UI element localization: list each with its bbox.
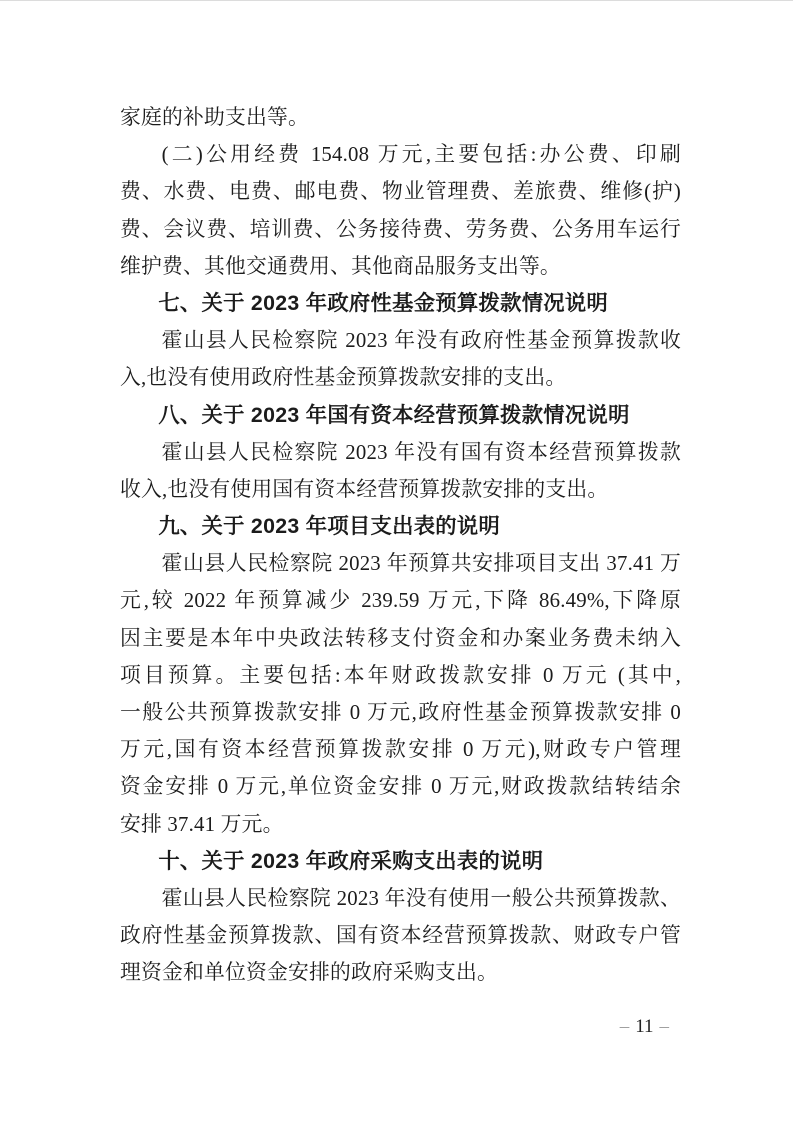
- text-line: 霍山县人民检察院 2023 年没有国有资本经营预算拨款: [120, 434, 681, 471]
- text-line: 霍山县人民检察院 2023 年没有使用一般公共预算拨款、: [120, 880, 681, 917]
- document-page: 家庭的补助支出等。 (二)公用经费 154.08 万元,主要包括:办公费、印刷 …: [0, 0, 793, 1122]
- page-number: 11: [635, 1016, 653, 1037]
- text-line: 入,也没有使用政府性基金预算拨款安排的支出。: [120, 359, 681, 396]
- text-line: 理资金和单位资金安排的政府采购支出。: [120, 954, 681, 991]
- text-line: 收入,也没有使用国有资本经营预算拨款安排的支出。: [120, 471, 681, 508]
- paragraph-govt-procurement: 霍山县人民检察院 2023 年没有使用一般公共预算拨款、 政府性基金预算拨款、国…: [120, 880, 681, 992]
- text-line: 家庭的补助支出等。: [120, 99, 681, 136]
- section-heading: 九、关于 2023 年项目支出表的说明: [120, 508, 681, 545]
- paragraph-continuation: 家庭的补助支出等。: [120, 99, 681, 136]
- text-line: 项目预算。主要包括:本年财政拨款安排 0 万元 (其中,: [120, 657, 681, 694]
- text-line: 一般公共预算拨款安排 0 万元,政府性基金预算拨款安排 0: [120, 694, 681, 731]
- paragraph-project-expenditure: 霍山县人民检察院 2023 年预算共安排项目支出 37.41 万 元,较 202…: [120, 545, 681, 843]
- paragraph-state-capital-budget: 霍山县人民检察院 2023 年没有国有资本经营预算拨款 收入,也没有使用国有资本…: [120, 434, 681, 508]
- top-hairline: [0, 0, 793, 1]
- section-7: 七、关于 2023 年政府性基金预算拨款情况说明: [120, 285, 681, 322]
- page-footer: –11–: [614, 1014, 675, 1040]
- footer-dash-left: –: [614, 1016, 636, 1037]
- section-heading: 十、关于 2023 年政府采购支出表的说明: [120, 843, 681, 880]
- text-line: 因主要是本年中央政法转移支付资金和办案业务费未纳入: [120, 620, 681, 657]
- section-8: 八、关于 2023 年国有资本经营预算拨款情况说明: [120, 397, 681, 434]
- footer-dash-right: –: [654, 1016, 676, 1037]
- section-heading: 七、关于 2023 年政府性基金预算拨款情况说明: [120, 285, 681, 322]
- text-line: 霍山县人民检察院 2023 年预算共安排项目支出 37.41 万: [120, 545, 681, 582]
- text-line: 费、水费、电费、邮电费、物业管理费、差旅费、维修(护): [120, 173, 681, 210]
- text-line: 费、会议费、培训费、公务接待费、劳务费、公务用车运行: [120, 211, 681, 248]
- text-line: 万元,国有资本经营预算拨款安排 0 万元),财政专户管理: [120, 731, 681, 768]
- text-line: 安排 37.41 万元。: [120, 806, 681, 843]
- section-9: 九、关于 2023 年项目支出表的说明: [120, 508, 681, 545]
- text-line: 元,较 2022 年预算减少 239.59 万元,下降 86.49%,下降原: [120, 582, 681, 619]
- text-line: 政府性基金预算拨款、国有资本经营预算拨款、财政专户管: [120, 917, 681, 954]
- section-heading: 八、关于 2023 年国有资本经营预算拨款情况说明: [120, 397, 681, 434]
- text-line: 霍山县人民检察院 2023 年没有政府性基金预算拨款收: [120, 322, 681, 359]
- text-line: 维护费、其他交通费用、其他商品服务支出等。: [120, 248, 681, 285]
- text-line: (二)公用经费 154.08 万元,主要包括:办公费、印刷: [120, 136, 681, 173]
- section-10: 十、关于 2023 年政府采购支出表的说明: [120, 843, 681, 880]
- text-line: 资金安排 0 万元,单位资金安排 0 万元,财政拨款结转结余: [120, 768, 681, 805]
- document-body: 家庭的补助支出等。 (二)公用经费 154.08 万元,主要包括:办公费、印刷 …: [120, 99, 681, 992]
- paragraph-public-expenses: (二)公用经费 154.08 万元,主要包括:办公费、印刷 费、水费、电费、邮电…: [120, 136, 681, 285]
- paragraph-govt-fund-budget: 霍山县人民检察院 2023 年没有政府性基金预算拨款收 入,也没有使用政府性基金…: [120, 322, 681, 396]
